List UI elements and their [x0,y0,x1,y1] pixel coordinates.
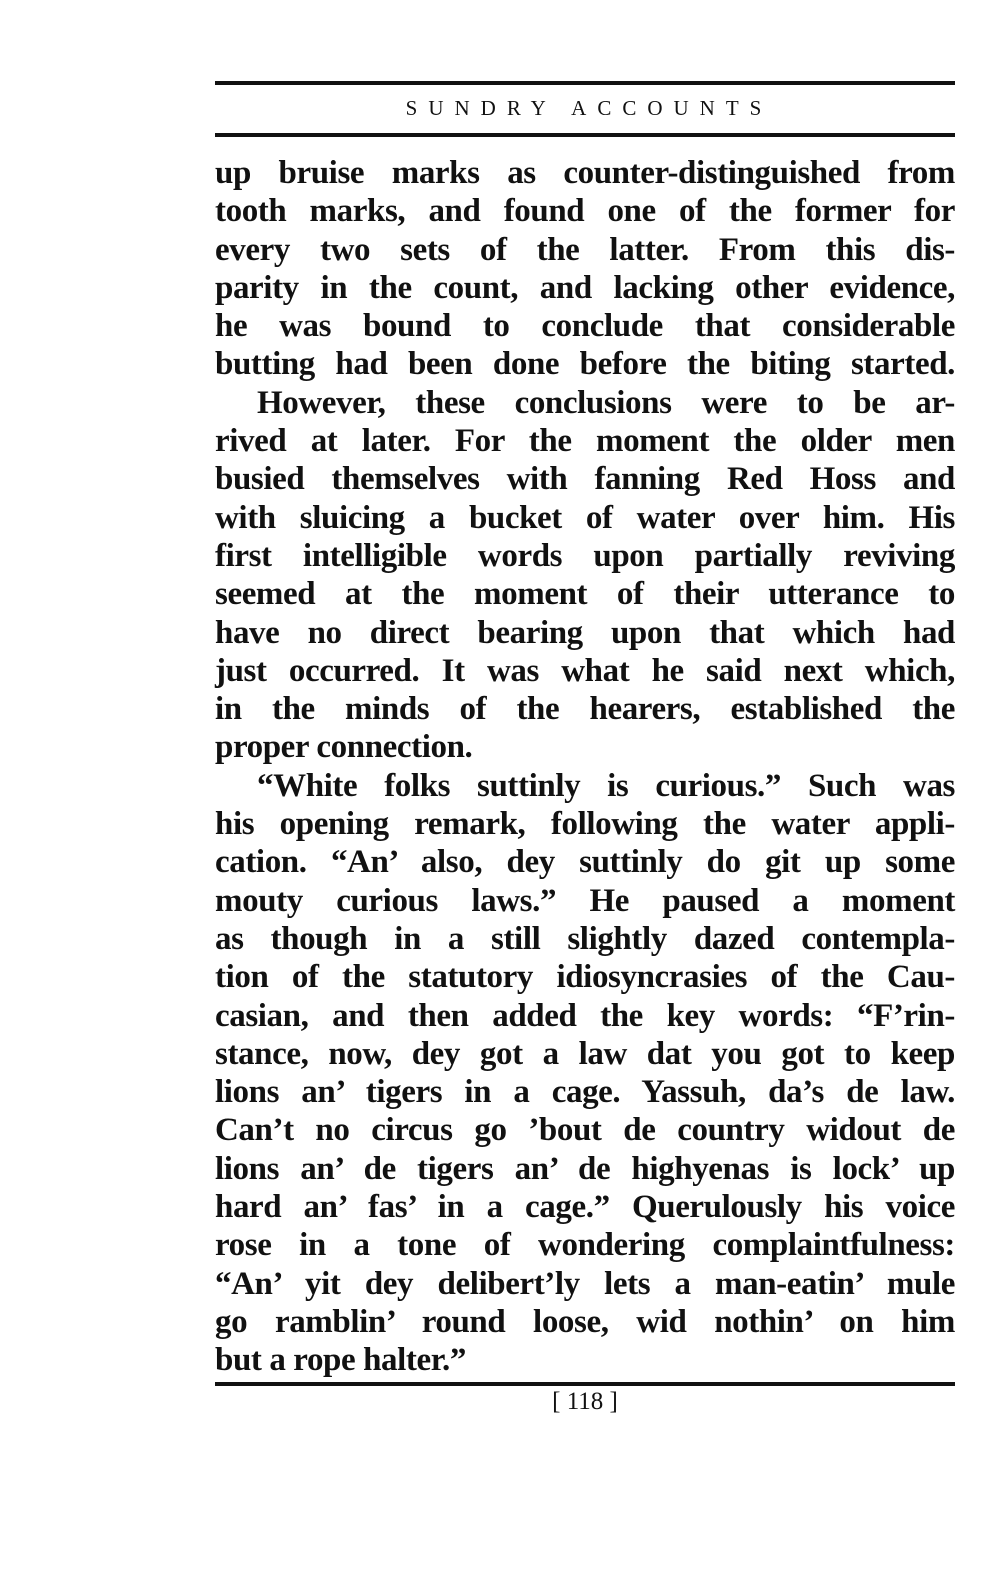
text-line: tion of the statutory idiosyncrasies of … [215,958,955,996]
text-line: in the minds of the hearers, established… [215,690,955,728]
text-line: lions an’ de tigers an’ de highyenas is … [215,1150,955,1188]
text-line: but a rope halter.” [215,1341,955,1379]
running-head: SUNDRY ACCOUNTS [215,93,955,123]
text-line: busied themselves with fanning Red Hoss … [215,460,955,498]
text-line: butting had been done before the biting … [215,345,955,383]
text-line: up bruise marks as counter-distinguished… [215,154,955,192]
text-line: parity in the count, and lacking other e… [215,269,955,307]
text-line: have no direct bearing upon that which h… [215,614,955,652]
body-text: up bruise marks as counter-distinguished… [215,154,955,1380]
text-line: mouty curious laws.” He paused a moment [215,882,955,920]
text-line: stance, now, dey got a law dat you got t… [215,1035,955,1073]
text-line: first intelligible words upon partially … [215,537,955,575]
text-line: just occurred. It was what he said next … [215,652,955,690]
page-number: [ 118 ] [215,1386,955,1418]
text-line: he was bound to conclude that considerab… [215,307,955,345]
text-line: cation. “An’ also, dey suttinly do git u… [215,843,955,881]
text-line: his opening remark, following the water … [215,805,955,843]
text-line: Can’t no circus go ’bout de country wido… [215,1111,955,1149]
text-line: rived at later. For the moment the older… [215,422,955,460]
text-line: tooth marks, and found one of the former… [215,192,955,230]
text-line: rose in a tone of wondering complaintful… [215,1226,955,1264]
text-line: every two sets of the latter. From this … [215,231,955,269]
text-line: proper connection. [215,728,955,766]
text-line: as though in a still slightly dazed cont… [215,920,955,958]
text-line: seemed at the moment of their utterance … [215,575,955,613]
header-bottom-rule [215,133,955,137]
text-line: lions an’ tigers in a cage. Yassuh, da’s… [215,1073,955,1111]
text-line: “An’ yit dey delibert’ly lets a man-eati… [215,1265,955,1303]
text-line: casian, and then added the key words: “F… [215,997,955,1035]
paragraph-first-line: “White folks suttinly is curious.” Such … [215,767,955,805]
text-line: with sluicing a bucket of water over him… [215,499,955,537]
text-line: hard an’ fas’ in a cage.” Querulously hi… [215,1188,955,1226]
text-line: go ramblin’ round loose, wid nothin’ on … [215,1303,955,1341]
header-top-rule [215,81,955,85]
paragraph-first-line: However, these conclusions were to be ar… [215,384,955,422]
